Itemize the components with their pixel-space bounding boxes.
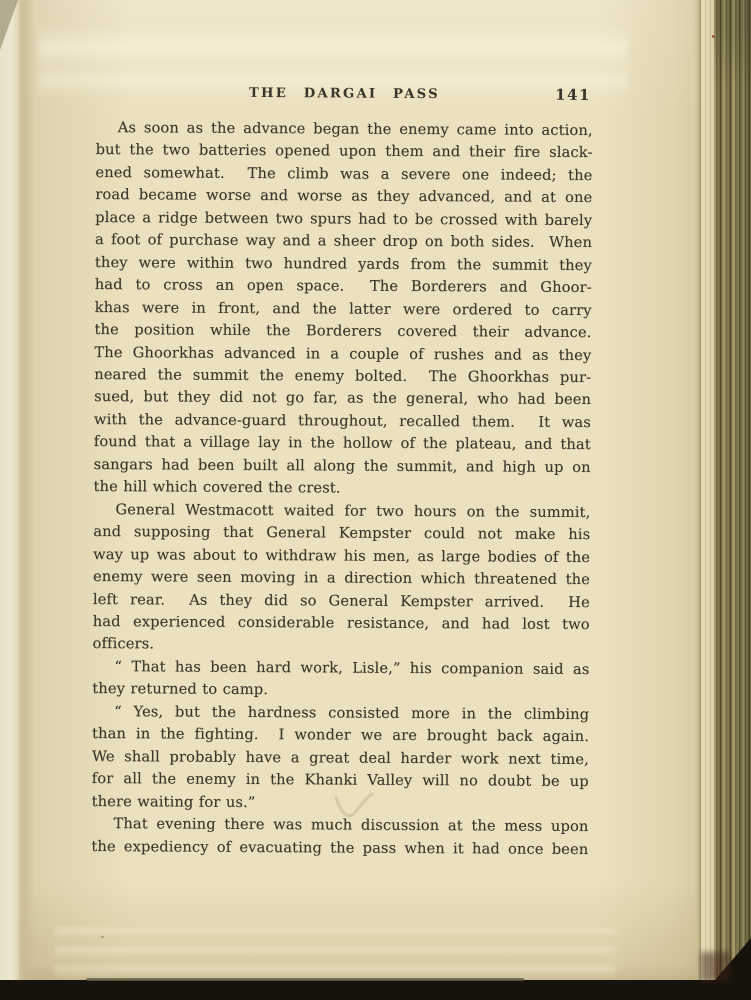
text-line: they were within two hundred yards from … xyxy=(95,252,592,277)
text-line: neared the summit the enemy bolted. The … xyxy=(94,364,591,389)
text-line: ened somewhat. The climb was a severe on… xyxy=(95,162,592,187)
text-line: had to cross an open space. The Borderer… xyxy=(95,274,592,299)
text-line: enemy were seen moving in a direction wh… xyxy=(93,566,590,591)
running-header-title: THE DARGAI PASS xyxy=(96,84,593,105)
text-line: had experienced considerable resistance,… xyxy=(93,611,590,636)
text-line: the hill which covered the crest. xyxy=(93,476,590,501)
book-fore-edge-shading xyxy=(714,0,751,1000)
text-line: We shall probably have a great deal hard… xyxy=(92,746,589,771)
text-line: and supposing that General Kempster coul… xyxy=(93,521,590,546)
page-number: 141 xyxy=(555,86,591,104)
bottom-right-corner-tint xyxy=(700,952,730,982)
text-line: the expediency of evacuating the pass wh… xyxy=(91,835,588,860)
running-header: THE DARGAI PASS 141 xyxy=(96,84,593,105)
page-curl-bands xyxy=(55,928,615,980)
page-right-edge xyxy=(694,0,701,1000)
book-bottom-edge xyxy=(0,980,751,1000)
underlying-page-edge xyxy=(701,0,714,1000)
text-line: left rear. As they did so General Kempst… xyxy=(93,589,590,614)
text-line: As soon as the advance began the enemy c… xyxy=(96,117,593,142)
text-line: That evening there was much discussion a… xyxy=(91,813,588,838)
scanned-page: THE DARGAI PASS 141 As soon as the advan… xyxy=(0,0,751,1000)
text-line: they returned to camp. xyxy=(92,678,589,703)
printed-text-block: THE DARGAI PASS 141 As soon as the advan… xyxy=(91,84,593,861)
text-line: General Westmacott waited for two hours … xyxy=(93,499,590,524)
text-line: than in the fighting. I wonder we are br… xyxy=(92,723,589,748)
paper-speck xyxy=(712,35,715,38)
text-line: for all the enemy in the Khanki Valley w… xyxy=(92,768,589,793)
gutter-crease-shadow xyxy=(19,0,35,982)
text-line: road became worse and worse as they adva… xyxy=(95,184,592,209)
paper-speck xyxy=(101,936,104,938)
text-line: a foot of purchase way and a sheer drop … xyxy=(95,229,592,254)
adjacent-page-edge xyxy=(0,0,19,982)
text-line: “ Yes, but the hardness consisted more i… xyxy=(92,701,589,726)
text-line: with the advance-guard throughout, recal… xyxy=(94,409,591,434)
text-line: sangars had been built all along the sum… xyxy=(94,454,591,479)
text-line: the position while the Borderers covered… xyxy=(94,319,591,344)
text-line: khas were in front, and the latter were … xyxy=(95,297,592,322)
text-line: place a ridge between two spurs had to b… xyxy=(95,207,592,232)
text-line: way up was about to withdraw his men, as… xyxy=(93,544,590,569)
text-line: “ That has been hard work, Lisle,” his c… xyxy=(92,656,589,681)
text-line: there waiting for us.” xyxy=(92,791,589,816)
text-line: but the two batteries opened upon them a… xyxy=(96,139,593,164)
text-line: The Ghoorkhas advanced in a couple of ru… xyxy=(94,342,591,367)
text-line: found that a village lay in the hollow o… xyxy=(94,431,591,456)
text-line: sued, but they did not go far, as the ge… xyxy=(94,386,591,411)
text-line: officers. xyxy=(93,633,590,658)
book-bottom-edge-highlight xyxy=(86,978,524,981)
page-body: As soon as the advance began the enemy c… xyxy=(91,117,593,861)
